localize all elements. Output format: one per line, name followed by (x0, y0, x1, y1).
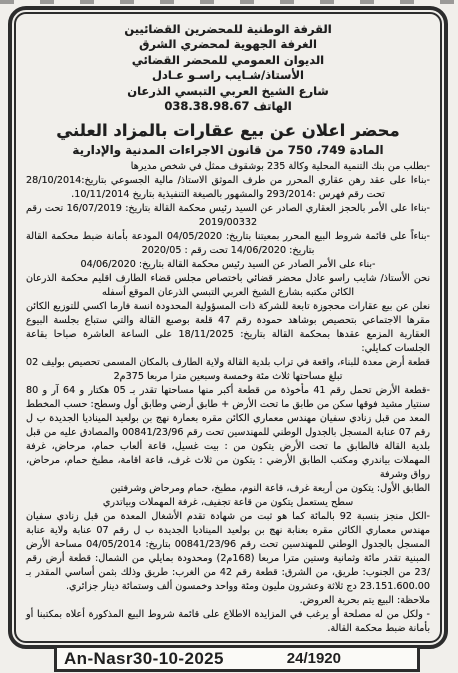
decorative-border-inner: القرفة الوطنية للمحضرين القضائيين الغرفة… (14, 12, 442, 643)
office-phone: الهاتف 038.38.98.67 (26, 99, 430, 114)
body-paragraph: سطح يستعمل يتكون من قاعة تجفيف، غرفة الم… (26, 496, 430, 510)
notice-content: القرفة الوطنية للمحضرين القضائيين الغرفة… (16, 14, 440, 641)
body-paragraph: -بناءا على الأمر بالحجز العقاري الصادر ع… (26, 202, 430, 230)
page-subtitle: المادة 749، 750 من قانون الاجراءات المدن… (26, 143, 430, 157)
body-paragraph-note: ملاحظة: البيع يتم بحرية العروض. (26, 594, 430, 608)
body-paragraph: نحن الأستاذ/ شايب راسو عادل محضر قضائي ب… (26, 272, 430, 300)
body-paragraph: -قطعة الأرض تحمل رقم 41 مأخوذة من قطعة أ… (26, 384, 430, 482)
office-header-line: الديوان العمومي للمحضر القضائي (26, 53, 430, 68)
office-header-line: الأستاذ/شـايب راسـو عـادل (26, 68, 430, 83)
notice-body: -بطلب من بنك التنمية المحلية وكالة 235 ب… (26, 160, 430, 636)
body-paragraph: -بناء على الأمر الصادر عن السيد رئيس محك… (26, 258, 430, 272)
body-paragraph: قطعة أرض معدة للبناء، واقعة في تراب بلدي… (26, 356, 430, 384)
body-paragraph: -بناءا على عقد رهن عقاري المحرر من طرف ا… (26, 174, 430, 202)
body-paragraph: - ولكل من له مصلحة أو يرغب في المزايدة ا… (26, 608, 430, 636)
publication-reference: 24/1920 (287, 650, 341, 667)
office-header-line: القرفة الوطنية للمحضرين القضائيين (26, 22, 430, 37)
publication-name-date: An-Nasr30-10-2025 (57, 649, 224, 669)
body-paragraph: -بناءاً على قائمة شروط البيع المحرر بمعي… (26, 230, 430, 258)
office-header-line: الغرفة الجهوية لمحضري الشرق (26, 37, 430, 52)
page-title: محضر اعلان عن بيع عقارات بالمزاد العلني (26, 121, 430, 141)
body-paragraph: -بطلب من بنك التنمية المحلية وكالة 235 ب… (26, 160, 430, 174)
body-paragraph: الطابق الأول: يتكون من أربعة غرف، قاعة ا… (26, 482, 430, 496)
office-header: القرفة الوطنية للمحضرين القضائيين الغرفة… (26, 22, 430, 114)
scanned-notice-sheet: القرفة الوطنية للمحضرين القضائيين الغرفة… (0, 0, 458, 673)
scan-artifact (0, 0, 458, 4)
office-header-line: شارع الشيخ العربي التبسي الذرعان (26, 84, 430, 99)
publication-footer-bar: An-Nasr30-10-2025 24/1920 (54, 645, 420, 672)
body-paragraph: -الكل منجز بنسبة 92 بالمائة كما هو ثبت م… (26, 510, 430, 594)
body-paragraph: نعلن عن بيع عقارات محجوزة تابعة للشركة ذ… (26, 300, 430, 356)
decorative-border-outer: القرفة الوطنية للمحضرين القضائيين الغرفة… (8, 6, 448, 649)
